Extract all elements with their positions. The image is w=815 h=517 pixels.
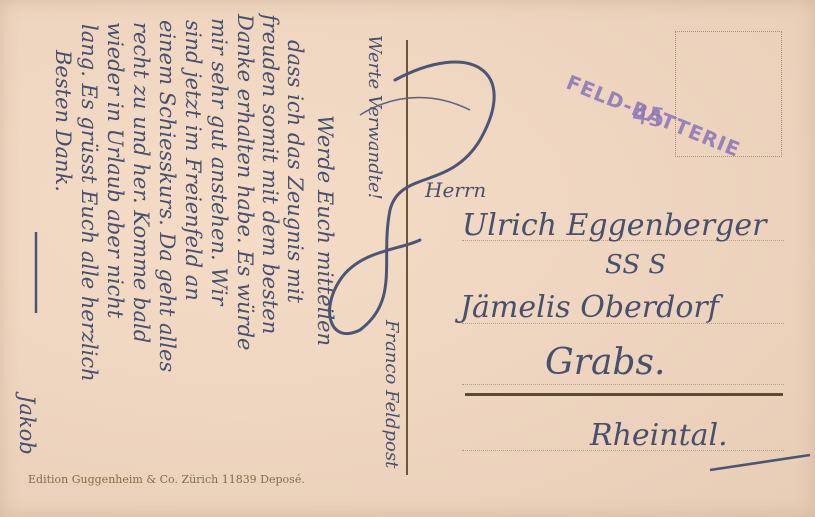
publisher-imprint: Edition Guggenheim & Co. Zürich 11839 De…	[28, 473, 305, 486]
large-s-flourish	[0, 0, 815, 517]
postcard-back: FELD-BATTERIE 45 Herrn Ulrich Eggenberge…	[0, 0, 815, 517]
